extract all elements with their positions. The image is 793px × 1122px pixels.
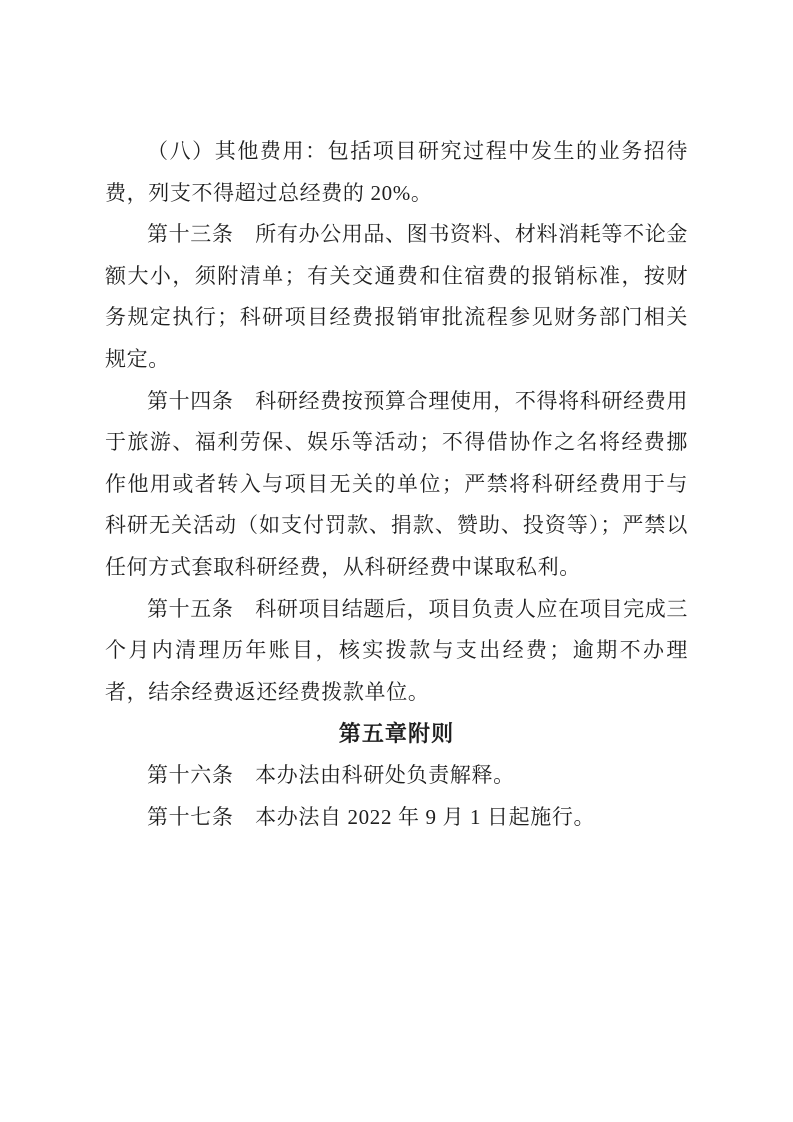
paragraph: 第十七条 本办法自 2022 年 9 月 1 日起施行。 bbox=[105, 797, 688, 839]
paragraph: 第十六条 本办法由科研处负责解释。 bbox=[105, 755, 688, 797]
chapter-heading: 第五章附则 bbox=[105, 713, 688, 755]
paragraph: 第十四条 科研经费按预算合理使用，不得将科研经费用于旅游、福利劳保、娱乐等活动；… bbox=[105, 381, 688, 589]
paragraph: （八）其他费用：包括项目研究过程中发生的业务招待费，列支不得超过总经费的 20%… bbox=[105, 131, 688, 214]
paragraph: 第十三条 所有办公用品、图书资料、材料消耗等不论金额大小，须附清单；有关交通费和… bbox=[105, 214, 688, 380]
document-content: （八）其他费用：包括项目研究过程中发生的业务招待费，列支不得超过总经费的 20%… bbox=[105, 131, 688, 838]
document-page: （八）其他费用：包括项目研究过程中发生的业务招待费，列支不得超过总经费的 20%… bbox=[0, 0, 793, 1122]
paragraph: 第十五条 科研项目结题后，项目负责人应在项目完成三个月内清理历年账目，核实拨款与… bbox=[105, 589, 688, 714]
